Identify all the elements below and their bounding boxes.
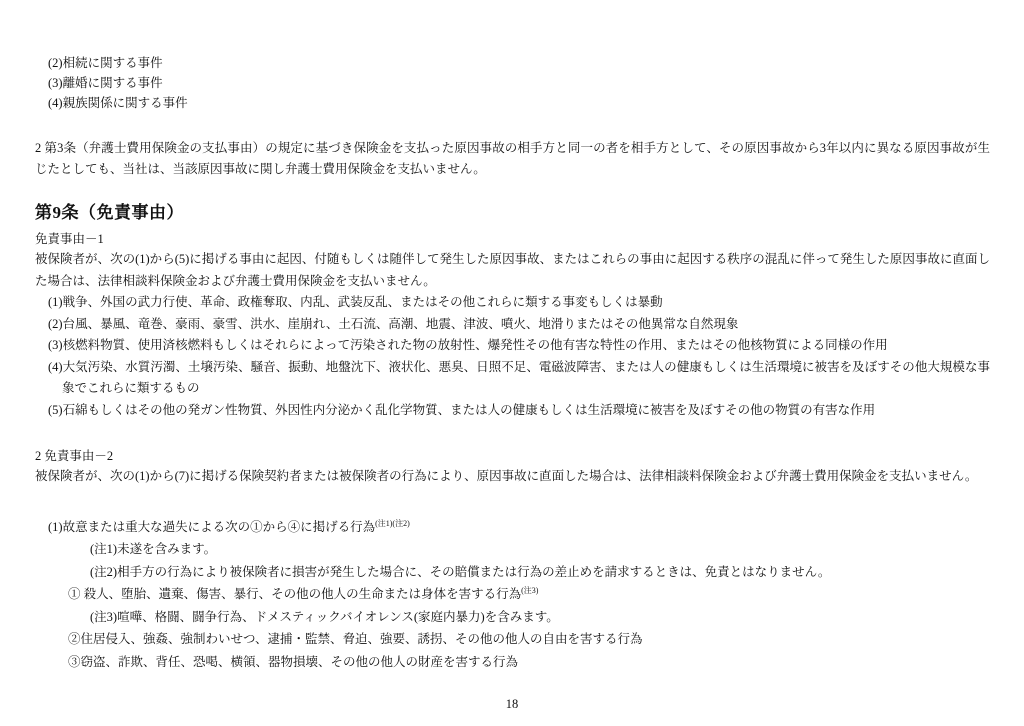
clause2-paragraph: 2 第3条（弁護士費用保険金の支払事由）の規定に基づき保険金を支払った原因事故の… [35, 138, 990, 180]
list-item: (3)離婚に関する事件 [48, 73, 990, 93]
note-item: (注1)未遂を含みます。 [90, 538, 990, 561]
list-item: (1)戦争、外国の武力行使、革命、政権奪取、内乱、武装反乱、またはその他これらに… [35, 292, 990, 314]
list-item-text: (1)故意または重大な過失による次の①から④に掲げる行為 [48, 520, 375, 534]
note-reference: (注1)(注2) [375, 518, 410, 527]
article9-heading: 第9条（免責事由） [35, 200, 990, 226]
list-item: ① 殺人、堕胎、遺棄、傷害、暴行、その他の他人の生命または身体を害する行為(注3… [68, 583, 990, 606]
list-item: (5)石綿もしくはその他の発ガン性物質、外因性内分泌かく乱化学物質、または人の健… [35, 400, 990, 422]
list-item: (4)大気汚染、水質汚濁、土壌汚染、騒音、振動、地盤沈下、液状化、悪臭、日照不足… [35, 357, 990, 400]
list-item: (1)故意または重大な過失による次の①から④に掲げる行為(注1)(注2) [35, 516, 990, 539]
exemption1-label: 免責事由－1 [35, 230, 990, 249]
page-number: 18 [0, 696, 1024, 712]
exemption1-lead: 被保険者が、次の(1)から(5)に掲げる事由に起因、付随もしくは随伴して発生した… [35, 249, 990, 292]
list-item: (2)相続に関する事件 [48, 53, 990, 73]
exemption2-lead: 被保険者が、次の(1)から(7)に掲げる保険契約者または被保険者の行為により、原… [35, 466, 990, 488]
exemption2-label: 2 免責事由－2 [35, 447, 990, 466]
list-item: (3)核燃料物質、使用済核燃料もしくはそれらによって汚染された物の放射性、爆発性… [35, 335, 990, 357]
note-reference: (注3) [521, 586, 538, 595]
list-item: ③窃盗、詐欺、背任、恐喝、横領、器物損壊、その他の他人の財産を害する行為 [68, 651, 990, 674]
exemption2-items: (1)故意または重大な過失による次の①から④に掲げる行為(注1)(注2) (注1… [35, 516, 990, 674]
page-content: (2)相続に関する事件 (3)離婚に関する事件 (4)親族関係に関する事件 2 … [35, 0, 990, 674]
exemption1-items: (1)戦争、外国の武力行使、革命、政権奪取、内乱、武装反乱、またはその他これらに… [35, 292, 990, 421]
list-item: (2)台風、暴風、竜巻、豪雨、豪雪、洪水、崖崩れ、土石流、高潮、地震、津波、噴火… [35, 314, 990, 336]
note-item: (注2)相手方の行為により被保険者に損害が発生した場合に、その賠償または行為の差… [90, 561, 990, 584]
list-item-text: ① 殺人、堕胎、遺棄、傷害、暴行、その他の他人の生命または身体を害する行為 [68, 587, 521, 601]
document-page: (2)相続に関する事件 (3)離婚に関する事件 (4)親族関係に関する事件 2 … [0, 0, 1024, 726]
case-type-list: (2)相続に関する事件 (3)離婚に関する事件 (4)親族関係に関する事件 [48, 53, 990, 113]
list-item: (4)親族関係に関する事件 [48, 93, 990, 113]
list-item: ②住居侵入、強姦、強制わいせつ、逮捕・監禁、脅迫、強要、誘拐、その他の他人の自由… [68, 628, 990, 651]
note-item: (注3)喧嘩、格闘、闘争行為、ドメスティックバイオレンス(家庭内暴力)を含みます… [90, 606, 990, 629]
